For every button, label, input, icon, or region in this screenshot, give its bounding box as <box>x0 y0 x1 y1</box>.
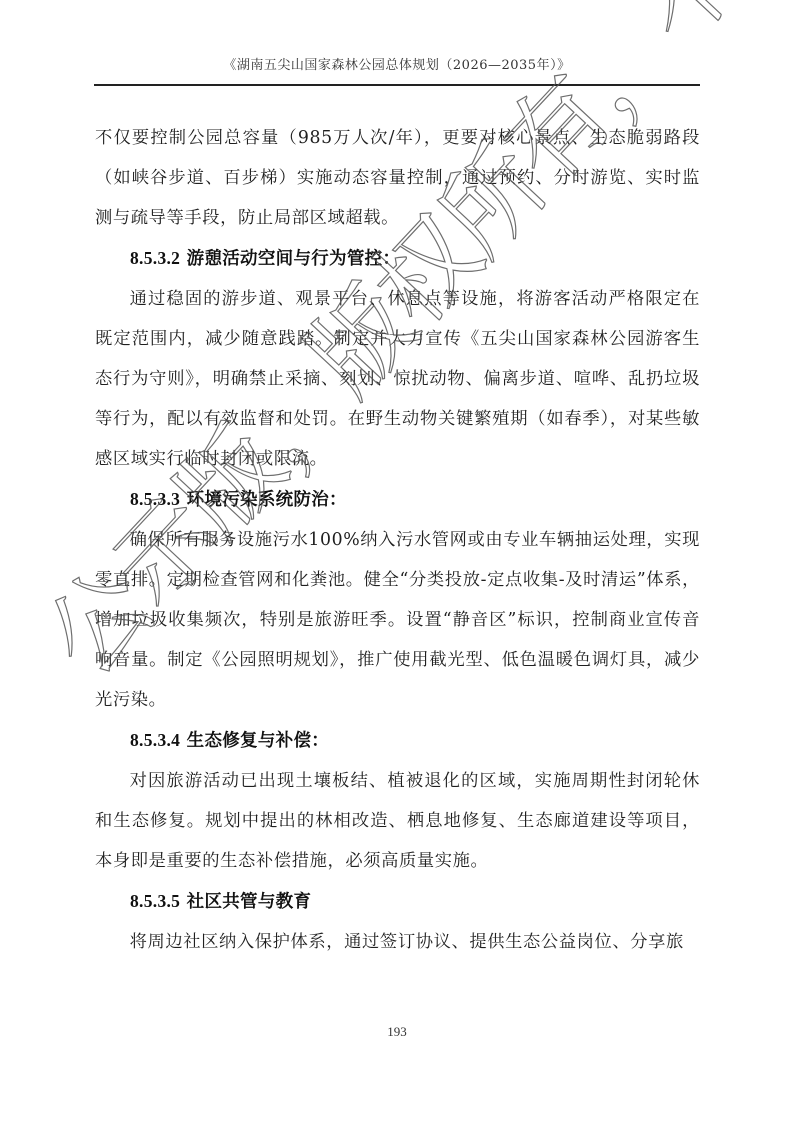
document-body: 不仅要控制公园总容量（985万人次/年），更要对核心景点、生态脆弱路段（如峡谷步… <box>95 118 700 962</box>
paragraph-community-management: 将周边社区纳入保护体系，通过签订协议、提供生态公益岗位、分享旅 <box>95 922 700 962</box>
section-title: 环境污染系统防治： <box>187 490 347 510</box>
section-heading-8-5-3-2: 8.5.3.2 游憩活动空间与行为管控： <box>95 238 700 279</box>
section-title: 社区共管与教育 <box>187 892 312 912</box>
section-title: 生态修复与补偿： <box>187 731 329 751</box>
section-number: 8.5.3.4 <box>130 730 180 750</box>
section-heading-8-5-3-4: 8.5.3.4 生态修复与补偿： <box>95 720 700 761</box>
section-number: 8.5.3.3 <box>130 489 180 509</box>
running-header: 《湖南五尖山国家森林公园总体规划（2026—2035年）》 <box>0 54 794 73</box>
section-heading-8-5-3-5: 8.5.3.5 社区共管与教育 <box>95 881 700 922</box>
header-divider <box>94 84 700 86</box>
paragraph-ecological-restoration: 对因旅游活动已出现土壤板结、植被退化的区域，实施周期性封闭轮休和生态修复。规划中… <box>95 761 700 881</box>
paragraph-capacity-control: 不仅要控制公园总容量（985万人次/年），更要对核心景点、生态脆弱路段（如峡谷步… <box>95 118 700 238</box>
section-number: 8.5.3.2 <box>130 248 180 268</box>
section-heading-8-5-3-3: 8.5.3.3 环境污染系统防治： <box>95 479 700 520</box>
paragraph-activity-control: 通过稳固的游步道、观景平台、休息点等设施，将游客活动严格限定在既定范围内，减少随… <box>95 279 700 479</box>
section-number: 8.5.3.5 <box>130 891 180 911</box>
section-title: 游憩活动空间与行为管控： <box>187 249 401 269</box>
paragraph-pollution-control: 确保所有服务设施污水100%纳入污水管网或由专业车辆抽运处理，实现零直排。定期检… <box>95 520 700 720</box>
page-number: 193 <box>0 1024 794 1040</box>
